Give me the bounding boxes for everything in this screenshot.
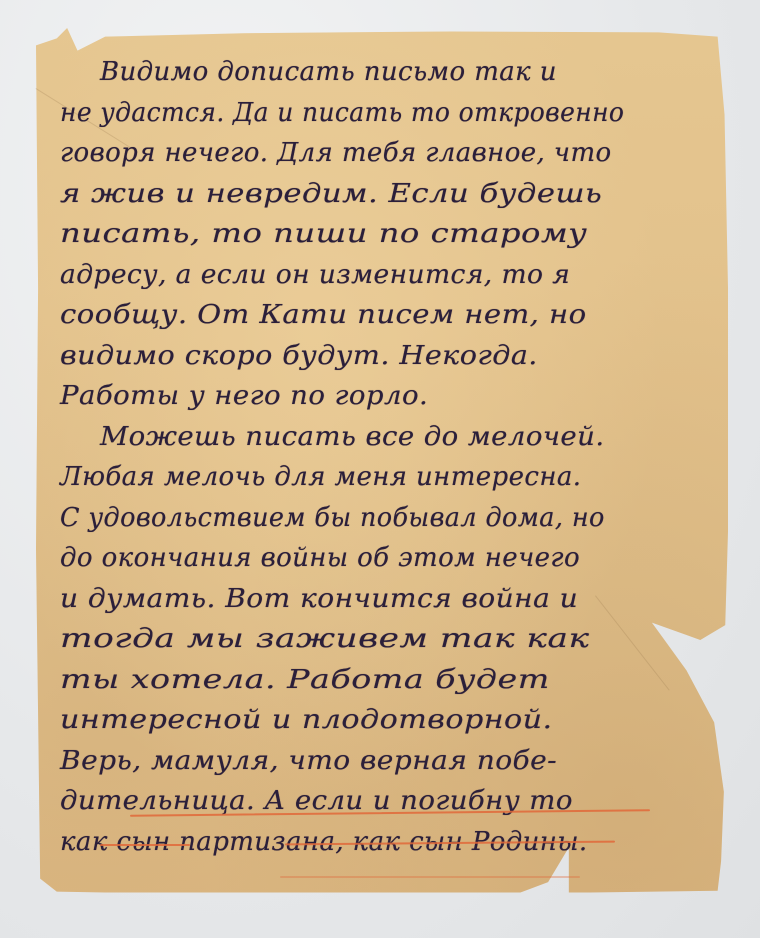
line-text: писать, то пиши по старому xyxy=(60,214,587,254)
line-text: тогда мы заживем так как xyxy=(60,619,589,659)
letter-line: сообщу. От Кати писем нет, но xyxy=(60,295,715,336)
line-text: интересной и плодотворной. xyxy=(60,700,553,740)
letter-line: Можешь писать все до мелочей. xyxy=(60,417,715,458)
line-text: я жив и невредим. Если будешь xyxy=(60,174,602,214)
line-text: С удовольствием бы побывал дома, но xyxy=(60,498,605,538)
letter-line: говоря нечего. Для тебя главное, что xyxy=(60,133,715,174)
line-text: не удастся. Да и писать то откровенно xyxy=(60,93,624,133)
line-text: говоря нечего. Для тебя главное, что xyxy=(60,133,612,173)
letter-line: Видимо дописать письмо так и xyxy=(60,52,715,93)
letter-line: и думать. Вот кончится война и xyxy=(60,579,715,620)
letter-line: видимо скоро будут. Некогда. xyxy=(60,336,715,377)
line-text: Любая мелочь для меня интересна. xyxy=(60,457,581,497)
line-text: Видимо дописать письмо так и xyxy=(100,52,557,92)
letter-body: Видимо дописать письмо так и не удастся.… xyxy=(60,52,715,862)
letter-line: я жив и невредим. Если будешь xyxy=(60,174,715,215)
letter-line: не удастся. Да и писать то откровенно xyxy=(60,93,715,134)
letter-line: писать, то пиши по старому xyxy=(60,214,715,255)
line-text: видимо скоро будут. Некогда. xyxy=(60,336,538,376)
letter-line: С удовольствием бы побывал дома, но xyxy=(60,498,715,539)
line-text: ты хотела. Работа будет xyxy=(60,660,550,700)
letter-line: Работы у него по горло. xyxy=(60,376,715,417)
letter-line: тогда мы заживем так как xyxy=(60,619,715,660)
letter-line: Верь, мамуля, что верная побе- xyxy=(60,741,715,782)
letter-line: Любая мелочь для меня интересна. xyxy=(60,457,715,498)
line-text: сообщу. От Кати писем нет, но xyxy=(60,295,587,335)
line-text: и думать. Вот кончится война и xyxy=(60,579,578,619)
letter-line: ты хотела. Работа будет xyxy=(60,660,715,701)
line-text: адресу, а если он изменится, то я xyxy=(60,255,570,295)
red-underline xyxy=(280,876,580,878)
letter-line: до окончания войны об этом нечего xyxy=(60,538,715,579)
red-underline xyxy=(100,844,190,846)
letter-line: адресу, а если он изменится, то я xyxy=(60,255,715,296)
line-text: Можешь писать все до мелочей. xyxy=(100,417,605,457)
line-text: Верь, мамуля, что верная побе- xyxy=(60,741,557,781)
line-text: до окончания войны об этом нечего xyxy=(60,538,580,578)
line-text: Работы у него по горло. xyxy=(60,376,428,416)
letter-line: интересной и плодотворной. xyxy=(60,700,715,741)
